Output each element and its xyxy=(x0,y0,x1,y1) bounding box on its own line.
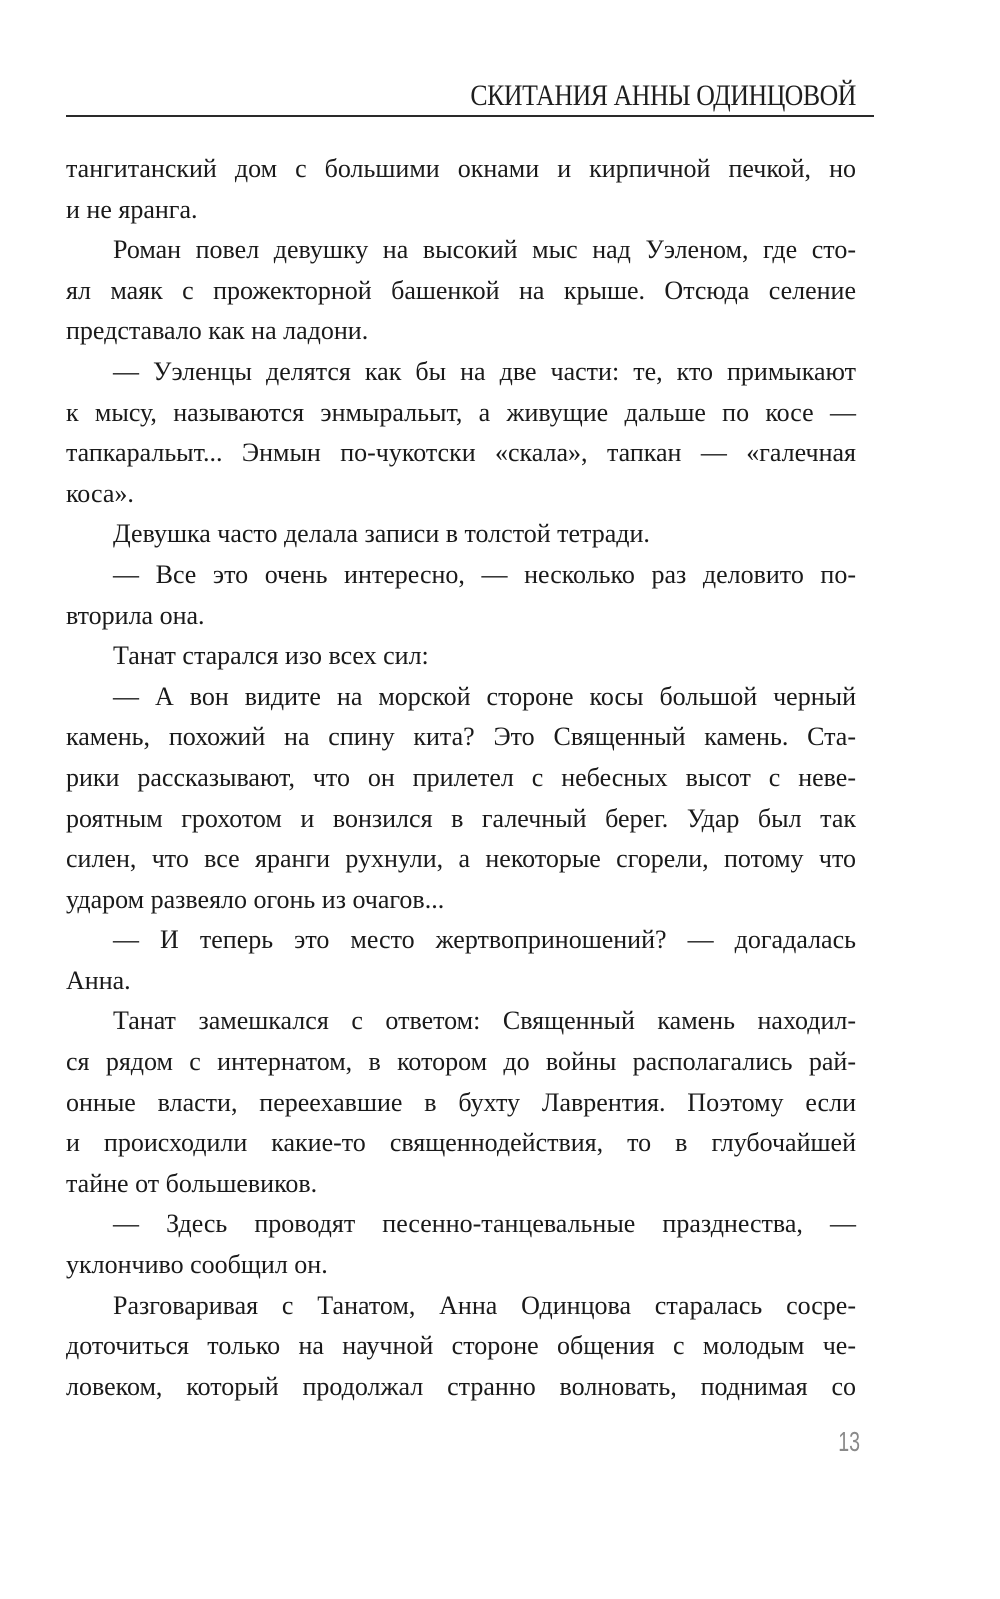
text-line: Танат старался изо всех сил: xyxy=(66,636,856,677)
text-line: Разговаривая с Танатом, Анна Одинцова ст… xyxy=(66,1286,856,1327)
running-head: СКИТАНИЯ АННЫ ОДИНЦОВОЙ xyxy=(177,78,856,114)
text-line: — А вон видите на морской стороне косы б… xyxy=(66,677,856,718)
text-line: тапкаральыт... Энмын по-чукотски «скала»… xyxy=(66,433,856,474)
body-text: тангитанский дом с большими окнами и кир… xyxy=(66,149,856,1407)
text-line: тайне от большевиков. xyxy=(66,1164,856,1205)
text-line: доточиться только на научной стороне общ… xyxy=(66,1326,856,1367)
text-line: — Здесь проводят песенно-танцевальные пр… xyxy=(66,1204,856,1245)
text-line: коса». xyxy=(66,474,856,515)
text-line: камень, похожий на спину кита? Это Свяще… xyxy=(66,717,856,758)
text-line: Девушка часто делала записи в толстой те… xyxy=(66,514,856,555)
text-line: и происходили какие-то священнодействия,… xyxy=(66,1123,856,1164)
text-line: ударом развеяло огонь из очагов... xyxy=(66,880,856,921)
text-line: — Все это очень интересно, — несколько р… xyxy=(66,555,856,596)
text-line: онные власти, переехавшие в бухту Лаврен… xyxy=(66,1083,856,1124)
text-line: роятным грохотом и вонзился в галечный б… xyxy=(66,799,856,840)
book-page: СКИТАНИЯ АННЫ ОДИНЦОВОЙ тангитанский дом… xyxy=(0,0,1000,1599)
text-line: к мысу, называются энмыральыт, а живущие… xyxy=(66,393,856,434)
text-line: ся рядом с интернатом, в котором до войн… xyxy=(66,1042,856,1083)
text-line: — И теперь это место жертвоприношений? —… xyxy=(66,920,856,961)
header-rule xyxy=(66,115,874,117)
text-line: рики рассказывают, что он прилетел с неб… xyxy=(66,758,856,799)
text-line: ловеком, который продолжал странно волно… xyxy=(66,1367,856,1408)
text-line: Танат замешкался с ответом: Священный ка… xyxy=(66,1001,856,1042)
text-line: — Уэленцы делятся как бы на две части: т… xyxy=(66,352,856,393)
text-line: ял маяк с прожекторной башенкой на крыше… xyxy=(66,271,856,312)
text-line: Роман повел девушку на высокий мыс над У… xyxy=(66,230,856,271)
text-line: Анна. xyxy=(66,961,856,1002)
text-line: уклончиво сообщил он. xyxy=(66,1245,856,1286)
text-line: и не яранга. xyxy=(66,190,856,231)
text-line: силен, что все яранги рухнули, а некотор… xyxy=(66,839,856,880)
text-line: тангитанский дом с большими окнами и кир… xyxy=(66,149,856,190)
page-number: 13 xyxy=(832,1426,860,1458)
text-line: представало как на ладони. xyxy=(66,311,856,352)
text-line: вторила она. xyxy=(66,596,856,637)
